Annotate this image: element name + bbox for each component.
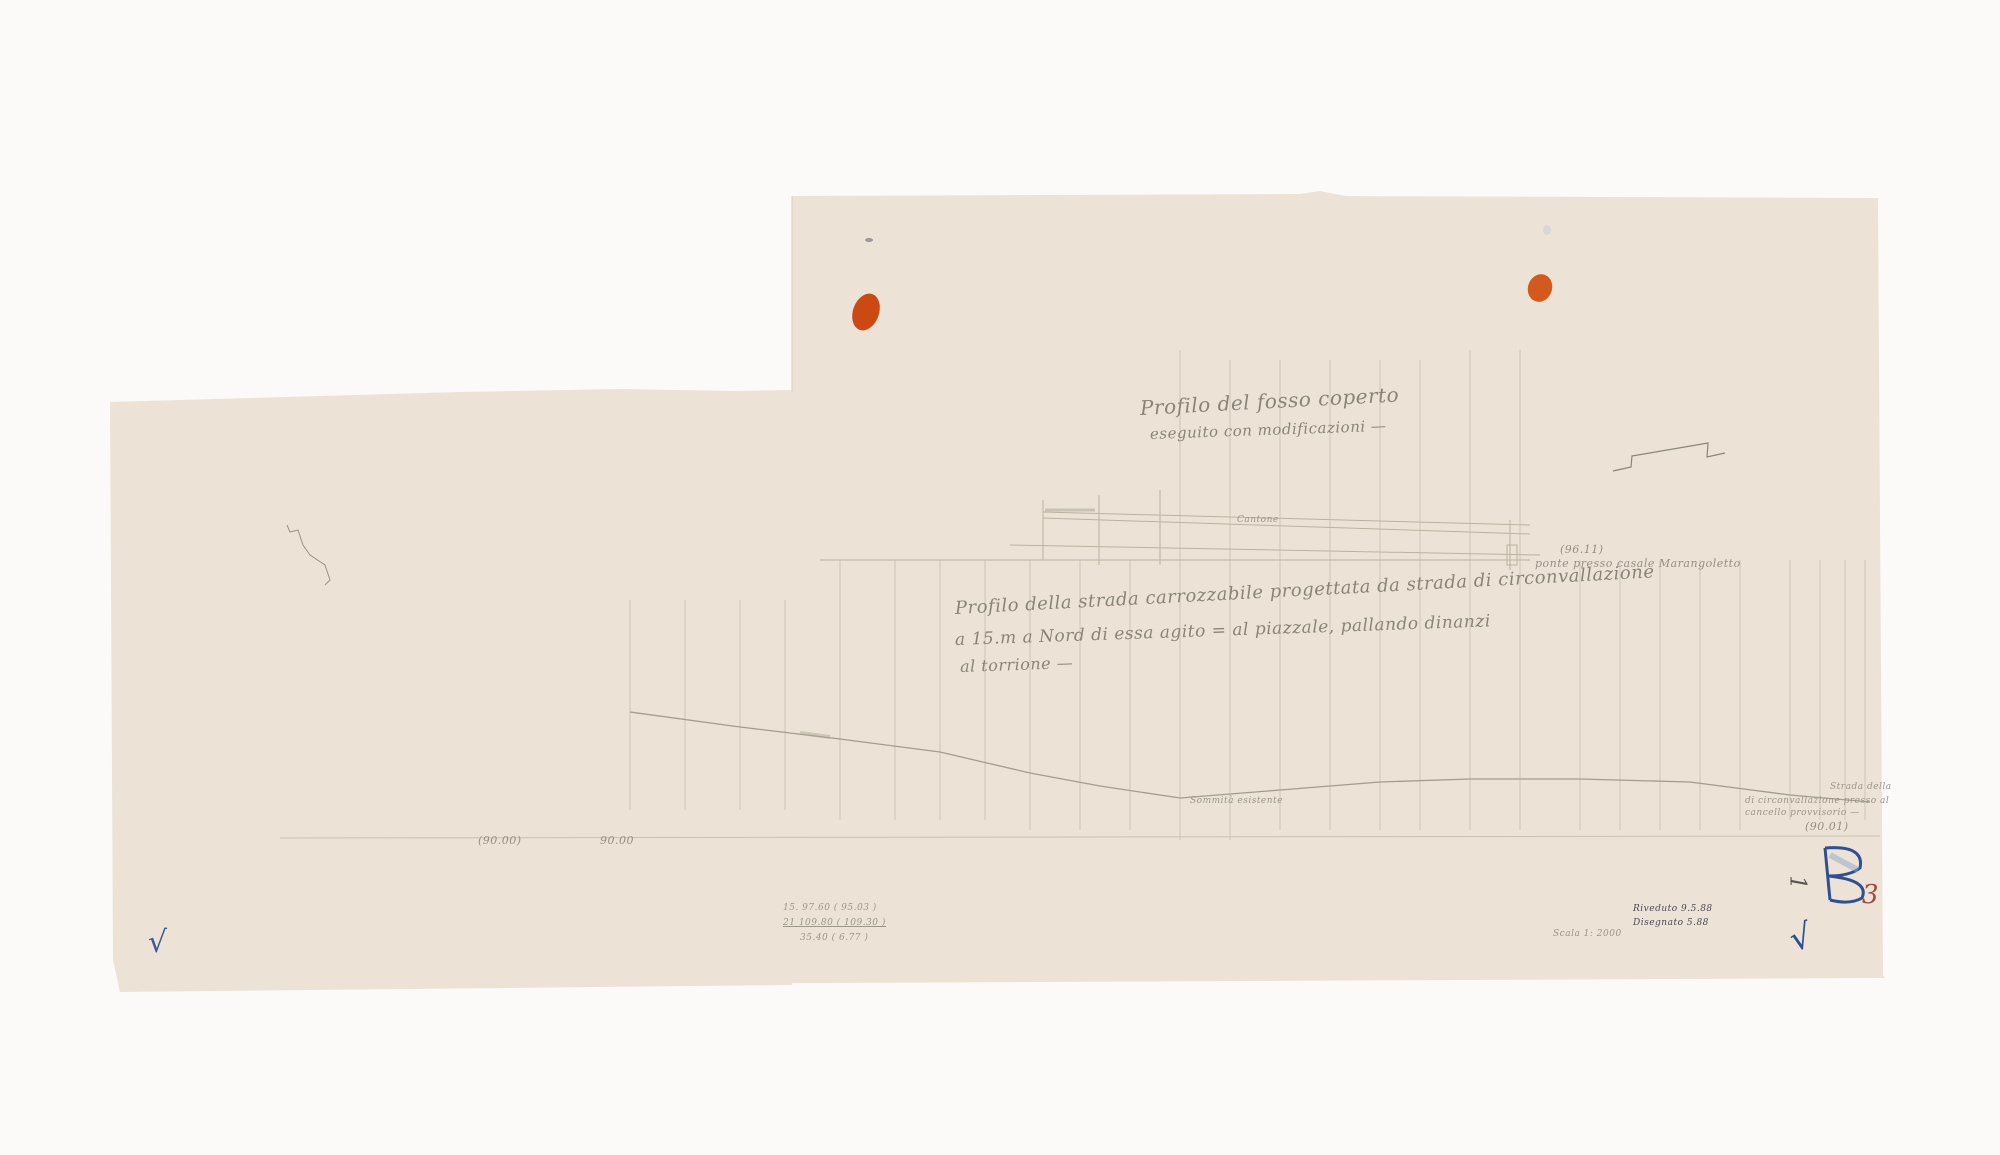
sheet-number: 1: [1785, 876, 1810, 890]
calc-line2: 21 109.80 ( 109.30 ): [783, 918, 886, 928]
label-cantone: Cantone: [1237, 515, 1279, 525]
date-line2: Disegnato 5.88: [1633, 918, 1709, 928]
catalog-number: 3: [1862, 880, 1879, 910]
end-elev: (90.01): [1805, 820, 1849, 833]
end-note-line3: cancello provvisorio —: [1745, 808, 1860, 818]
calc-line3: 35.40 ( 6.77 ): [800, 933, 868, 943]
left-check-mark: √: [148, 925, 167, 960]
right-note: ponte presso casale Marangoletto: [1535, 557, 1741, 570]
calc-line1: 15. 97.60 ( 95.03 ): [783, 903, 877, 913]
right-note-elev: (96.11): [1560, 543, 1604, 556]
end-note-line2: di circonvallazione presso al: [1745, 796, 1889, 806]
datum-left-label: (90.00): [478, 834, 522, 847]
end-note-line1: Strada della: [1830, 782, 1892, 792]
date-line1: Riveduto 9.5.88: [1633, 904, 1713, 914]
paper-sheets: [0, 0, 2000, 1155]
scale-note: Scala 1: 2000: [1553, 929, 1622, 939]
main-title-line3: al torrione —: [960, 653, 1074, 676]
datum-mid-label: 90.00: [600, 834, 634, 847]
label-lower: Sommità esistente: [1190, 796, 1283, 806]
